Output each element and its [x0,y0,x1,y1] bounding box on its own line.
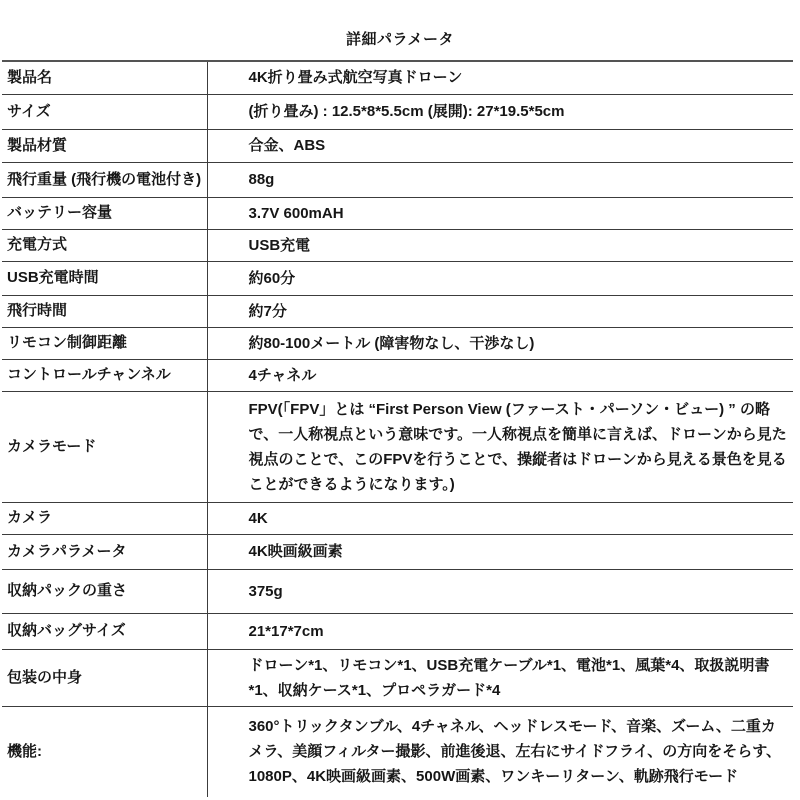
spec-value: ドローン*1、リモコン*1、USB充電ケーブル*1、電池*1、風葉*4、取扱説明… [207,649,793,706]
spec-value: USB充電 [207,229,793,261]
spec-value: 約7分 [207,295,793,327]
spec-label: 飛行時間 [2,295,207,327]
spec-label: サイズ [2,94,207,129]
spec-value: 375g [207,569,793,613]
spec-label: USB充電時間 [2,261,207,295]
table-row: 包装の中身 ドローン*1、リモコン*1、USB充電ケーブル*1、電池*1、風葉*… [2,649,793,706]
spec-value: 4K [207,502,793,534]
table-row: サイズ (折り畳み) : 12.5*8*5.5cm (展開): 27*19.5*… [2,94,793,129]
spec-value: 4K映画級画素 [207,534,793,569]
spec-value: 4チャネル [207,359,793,391]
spec-label: 製品材質 [2,129,207,162]
table-row: 充電方式 USB充電 [2,229,793,261]
table-row: 収納バッグサイズ 21*17*7cm [2,613,793,649]
spec-label: バッテリー容量 [2,197,207,229]
spec-value: 約60分 [207,261,793,295]
spec-label: コントロールチャンネル [2,359,207,391]
spec-sheet-page: 詳細パラメータ 製品名 4K折り畳み式航空写真ドローン サイズ (折り畳み) :… [0,0,800,800]
spec-value: 21*17*7cm [207,613,793,649]
spec-value: FPV(「FPV」とは “First Person View (ファースト・パー… [207,391,793,502]
spec-label: カメラ [2,502,207,534]
table-row: カメラパラメータ 4K映画級画素 [2,534,793,569]
spec-value: (折り畳み) : 12.5*8*5.5cm (展開): 27*19.5*5cm [207,94,793,129]
spec-table: 製品名 4K折り畳み式航空写真ドローン サイズ (折り畳み) : 12.5*8*… [2,60,793,797]
spec-value: 88g [207,162,793,197]
table-row: カメラモード FPV(「FPV」とは “First Person View (フ… [2,391,793,502]
page-title: 詳細パラメータ [0,0,800,49]
table-row: 機能: 360°トリックタンブル、4チャネル、ヘッドレスモード、音楽、ズーム、二… [2,706,793,797]
spec-label: 製品名 [2,61,207,94]
spec-label: 充電方式 [2,229,207,261]
spec-value: 3.7V 600mAH [207,197,793,229]
table-row: コントロールチャンネル 4チャネル [2,359,793,391]
spec-table-body: 製品名 4K折り畳み式航空写真ドローン サイズ (折り畳み) : 12.5*8*… [2,61,793,797]
table-row: カメラ 4K [2,502,793,534]
spec-label: カメラパラメータ [2,534,207,569]
spec-value: 4K折り畳み式航空写真ドローン [207,61,793,94]
spec-label: 収納パックの重さ [2,569,207,613]
table-row: 飛行重量 (飛行機の電池付き) 88g [2,162,793,197]
table-row: 収納パックの重さ 375g [2,569,793,613]
table-row: USB充電時間 約60分 [2,261,793,295]
table-row: バッテリー容量 3.7V 600mAH [2,197,793,229]
spec-value: 360°トリックタンブル、4チャネル、ヘッドレスモード、音楽、ズーム、二重カメラ… [207,706,793,797]
spec-label: リモコン制御距離 [2,327,207,359]
table-row: 飛行時間 約7分 [2,295,793,327]
spec-label: 包装の中身 [2,649,207,706]
spec-label: 飛行重量 (飛行機の電池付き) [2,162,207,197]
table-row: 製品材質 合金、ABS [2,129,793,162]
spec-label: カメラモード [2,391,207,502]
spec-label: 収納バッグサイズ [2,613,207,649]
spec-value: 合金、ABS [207,129,793,162]
table-row: 製品名 4K折り畳み式航空写真ドローン [2,61,793,94]
spec-label: 機能: [2,706,207,797]
spec-value: 約80-100メートル (障害物なし、干渉なし) [207,327,793,359]
table-row: リモコン制御距離 約80-100メートル (障害物なし、干渉なし) [2,327,793,359]
